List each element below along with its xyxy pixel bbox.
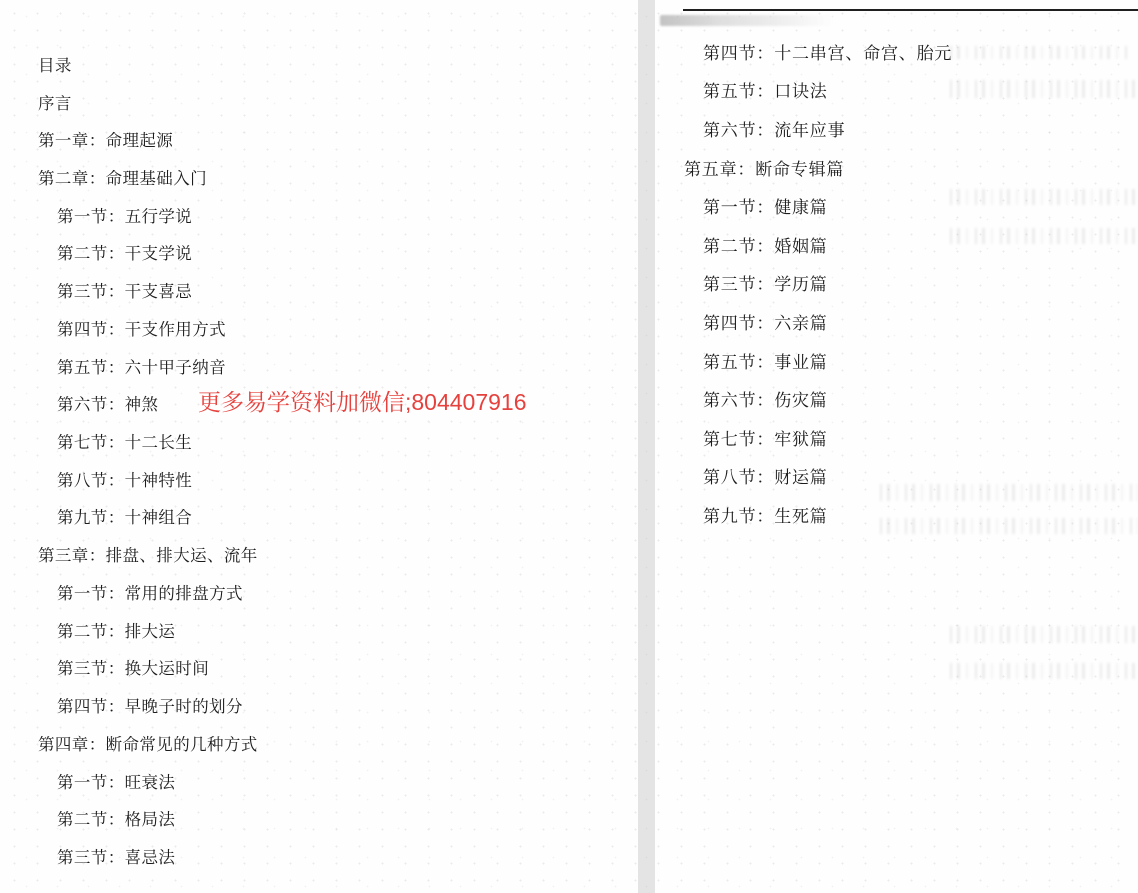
toc-entry-text: 第三节：学历篇	[703, 270, 828, 295]
toc-entry-text: 第五节：事业篇	[703, 348, 828, 373]
toc-entry: 第二节：格局法	[0, 799, 638, 837]
toc-entry-text: 序言	[38, 90, 72, 114]
toc-entry: 第三节：学历篇	[656, 264, 1138, 303]
toc-entry-text: 第五章：断命专辑篇	[684, 155, 844, 180]
toc-entry: 第七节：十二长生	[0, 422, 638, 460]
toc-entry: 第三节：喜忌法	[0, 837, 638, 875]
toc-entry-text: 目录	[38, 52, 72, 76]
toc-entry-text: 第二章：命理基础入门	[38, 165, 207, 189]
toc-entry: 第六节：伤灾篇	[656, 379, 1138, 418]
bleedthrough-artifact	[950, 46, 1128, 59]
right-page-toc-list: 第四节：十二串宫、命宫、胎元 第五节：口诀法 第六节：流年应事 第五章：断命专辑…	[656, 32, 1138, 534]
toc-entry-text: 第二节：婚姻篇	[703, 232, 828, 257]
toc-entry-text: 第三节：换大运时间	[57, 655, 209, 679]
toc-entry-text: 第一节：五行学说	[57, 203, 192, 227]
toc-entry: 目录	[0, 45, 638, 83]
toc-entry-text: 第三节：干支喜忌	[57, 278, 192, 302]
toc-entry: 第五节：事业篇	[656, 341, 1138, 380]
bleedthrough-artifact	[950, 80, 1138, 98]
toc-entry-text: 第二节：干支学说	[57, 240, 192, 264]
toc-entry-text: 第一章：命理起源	[38, 127, 173, 151]
bleedthrough-artifact	[880, 518, 1138, 534]
toc-entry-text: 第四节：十二串宫、命宫、胎元	[703, 39, 952, 64]
bleedthrough-artifact	[950, 663, 1138, 679]
page-gutter	[638, 0, 655, 893]
toc-entry: 第四节：干支作用方式	[0, 309, 638, 347]
toc-entry-text: 第五节：六十甲子纳音	[57, 354, 226, 378]
bleedthrough-artifact	[950, 626, 1138, 643]
toc-entry: 序言	[0, 83, 638, 121]
left-page-toc-list: 目录 序言 第一章：命理起源 第二章：命理基础入门 第一节：五行学说 第二节：干…	[0, 45, 638, 875]
toc-entry-text: 第九节：十神组合	[57, 504, 192, 528]
right-page: 第四节：十二串宫、命宫、胎元 第五节：口诀法 第六节：流年应事 第五章：断命专辑…	[656, 0, 1138, 893]
toc-entry-text: 第六节：流年应事	[703, 116, 845, 141]
toc-entry-text: 第四节：干支作用方式	[57, 316, 226, 340]
toc-entry-text: 第一节：常用的排盘方式	[57, 580, 243, 604]
bleedthrough-artifact	[950, 189, 1138, 205]
toc-entry: 第六节：流年应事	[656, 109, 1138, 148]
toc-entry-text: 第四节：早晚子时的划分	[57, 693, 243, 717]
toc-entry-text: 第三节：喜忌法	[57, 844, 175, 868]
toc-entry-text: 第七节：牢狱篇	[703, 425, 828, 450]
toc-entry: 第五章：断命专辑篇	[656, 148, 1138, 187]
toc-entry-text: 第九节：生死篇	[703, 502, 828, 527]
toc-entry: 第一章：命理起源	[0, 120, 638, 158]
toc-entry-text: 第二节：排大运	[57, 618, 175, 642]
toc-entry-text: 第七节：十二长生	[57, 429, 192, 453]
scanned-toc-document: { "colors": { "page_bg": "#fefefe", "tex…	[0, 0, 1138, 893]
toc-entry-text: 第六节：伤灾篇	[703, 386, 828, 411]
bleedthrough-artifact	[950, 228, 1138, 244]
toc-entry: 第四章：断命常见的几种方式	[0, 724, 638, 762]
toc-entry: 第四节：早晚子时的划分	[0, 686, 638, 724]
toc-entry: 第二节：干支学说	[0, 234, 638, 272]
toc-entry-text: 第二节：格局法	[57, 806, 175, 830]
bleedthrough-artifact	[880, 484, 1138, 501]
left-page: 目录 序言 第一章：命理起源 第二章：命理基础入门 第一节：五行学说 第二节：干…	[0, 0, 638, 893]
toc-entry: 第一节：旺衰法	[0, 762, 638, 800]
toc-entry: 第一节：常用的排盘方式	[0, 573, 638, 611]
toc-entry: 第一节：五行学说	[0, 196, 638, 234]
watermark-text: 更多易学资料加微信;804407916	[198, 389, 527, 416]
toc-entry: 第七节：牢狱篇	[656, 418, 1138, 457]
toc-entry: 第三节：换大运时间	[0, 649, 638, 687]
toc-entry: 第四节：六亲篇	[656, 302, 1138, 341]
toc-entry: 第三章：排盘、排大运、流年	[0, 535, 638, 573]
scan-smudge-artifact	[660, 15, 834, 26]
toc-entry-text: 第一节：健康篇	[703, 193, 828, 218]
toc-entry-text: 第八节：十神特性	[57, 467, 192, 491]
top-rule-line	[683, 9, 1138, 11]
toc-entry: 第三节：干支喜忌	[0, 271, 638, 309]
toc-entry-text: 第六节：神煞	[57, 391, 158, 415]
toc-entry-text: 第一节：旺衰法	[57, 769, 175, 793]
toc-entry: 第九节：十神组合	[0, 498, 638, 536]
toc-entry: 第八节：十神特性	[0, 460, 638, 498]
toc-entry-text: 第五节：口诀法	[703, 77, 828, 102]
toc-entry: 第五节：六十甲子纳音	[0, 347, 638, 385]
toc-entry: 第二章：命理基础入门	[0, 158, 638, 196]
toc-entry: 第二节：排大运	[0, 611, 638, 649]
toc-entry-text: 第四章：断命常见的几种方式	[38, 731, 258, 755]
toc-entry-text: 第三章：排盘、排大运、流年	[38, 542, 258, 566]
toc-entry-text: 第四节：六亲篇	[703, 309, 828, 334]
toc-entry-text: 第八节：财运篇	[703, 463, 828, 488]
